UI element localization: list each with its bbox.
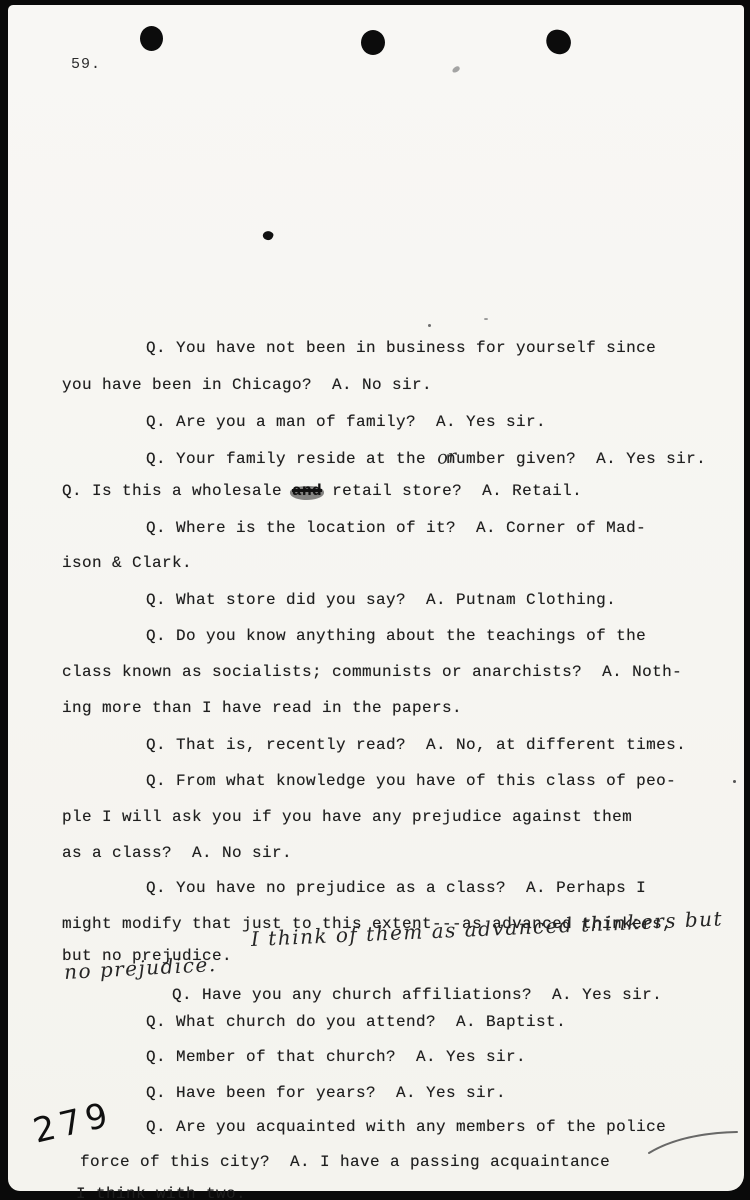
typed-line: Q. Where is the location of it? A. Corne…	[146, 518, 646, 538]
typed-line: Q. Your family reside at the number give…	[146, 449, 706, 469]
corrected-line-suffix: retail store? A. Retail.	[322, 482, 582, 500]
typed-line: Q. Are you acquainted with any members o…	[146, 1117, 666, 1137]
page-number: 59.	[71, 56, 101, 73]
typed-line: Q. Are you a man of family? A. Yes sir.	[146, 412, 546, 432]
ink-speck	[733, 780, 736, 783]
typed-line: force of this city? A. I have a passing …	[80, 1152, 610, 1172]
ink-speck	[428, 324, 431, 327]
ink-speck	[484, 318, 488, 320]
typed-line: ing more than I have read in the papers.	[62, 698, 462, 718]
typed-line: Q. Have been for years? A. Yes sir.	[146, 1083, 506, 1103]
typed-line: Q. You have not been in business for you…	[146, 338, 656, 358]
pencil-check-mark	[645, 1124, 741, 1158]
typed-line: I think with two.	[76, 1184, 246, 1200]
handwritten-correction-word: or	[436, 446, 458, 469]
typed-line: Q. Have you any church affiliations? A. …	[172, 985, 662, 1005]
typed-line-with-correction: Q. Is this a wholesale and retail store?…	[62, 481, 582, 501]
typed-line: Q. What church do you attend? A. Baptist…	[146, 1012, 566, 1032]
typed-line: Q. That is, recently read? A. No, at dif…	[146, 735, 686, 755]
typed-line: ison & Clark.	[62, 553, 192, 573]
typed-line: as a class? A. No sir.	[62, 843, 292, 863]
typed-line: Q. Member of that church? A. Yes sir.	[146, 1047, 526, 1067]
typed-line: Q. From what knowledge you have of this …	[146, 771, 676, 791]
typed-line: Q. You have no prejudice as a class? A. …	[146, 878, 646, 898]
scanned-document-page: 59. Q. You have not been in business for…	[0, 0, 750, 1200]
typed-line: Q. What store did you say? A. Putnam Clo…	[146, 590, 616, 610]
punch-hole-icon	[140, 26, 163, 51]
typed-line: ple I will ask you if you have any preju…	[62, 807, 632, 827]
corrected-line-prefix: Q. Is this a wholesale	[62, 482, 292, 500]
struck-out-word: and	[292, 481, 322, 501]
punch-hole-icon	[361, 30, 385, 55]
typed-line: Q. Do you know anything about the teachi…	[146, 626, 646, 646]
typed-line: class known as socialists; communists or…	[62, 662, 682, 682]
typed-line: you have been in Chicago? A. No sir.	[62, 375, 432, 395]
